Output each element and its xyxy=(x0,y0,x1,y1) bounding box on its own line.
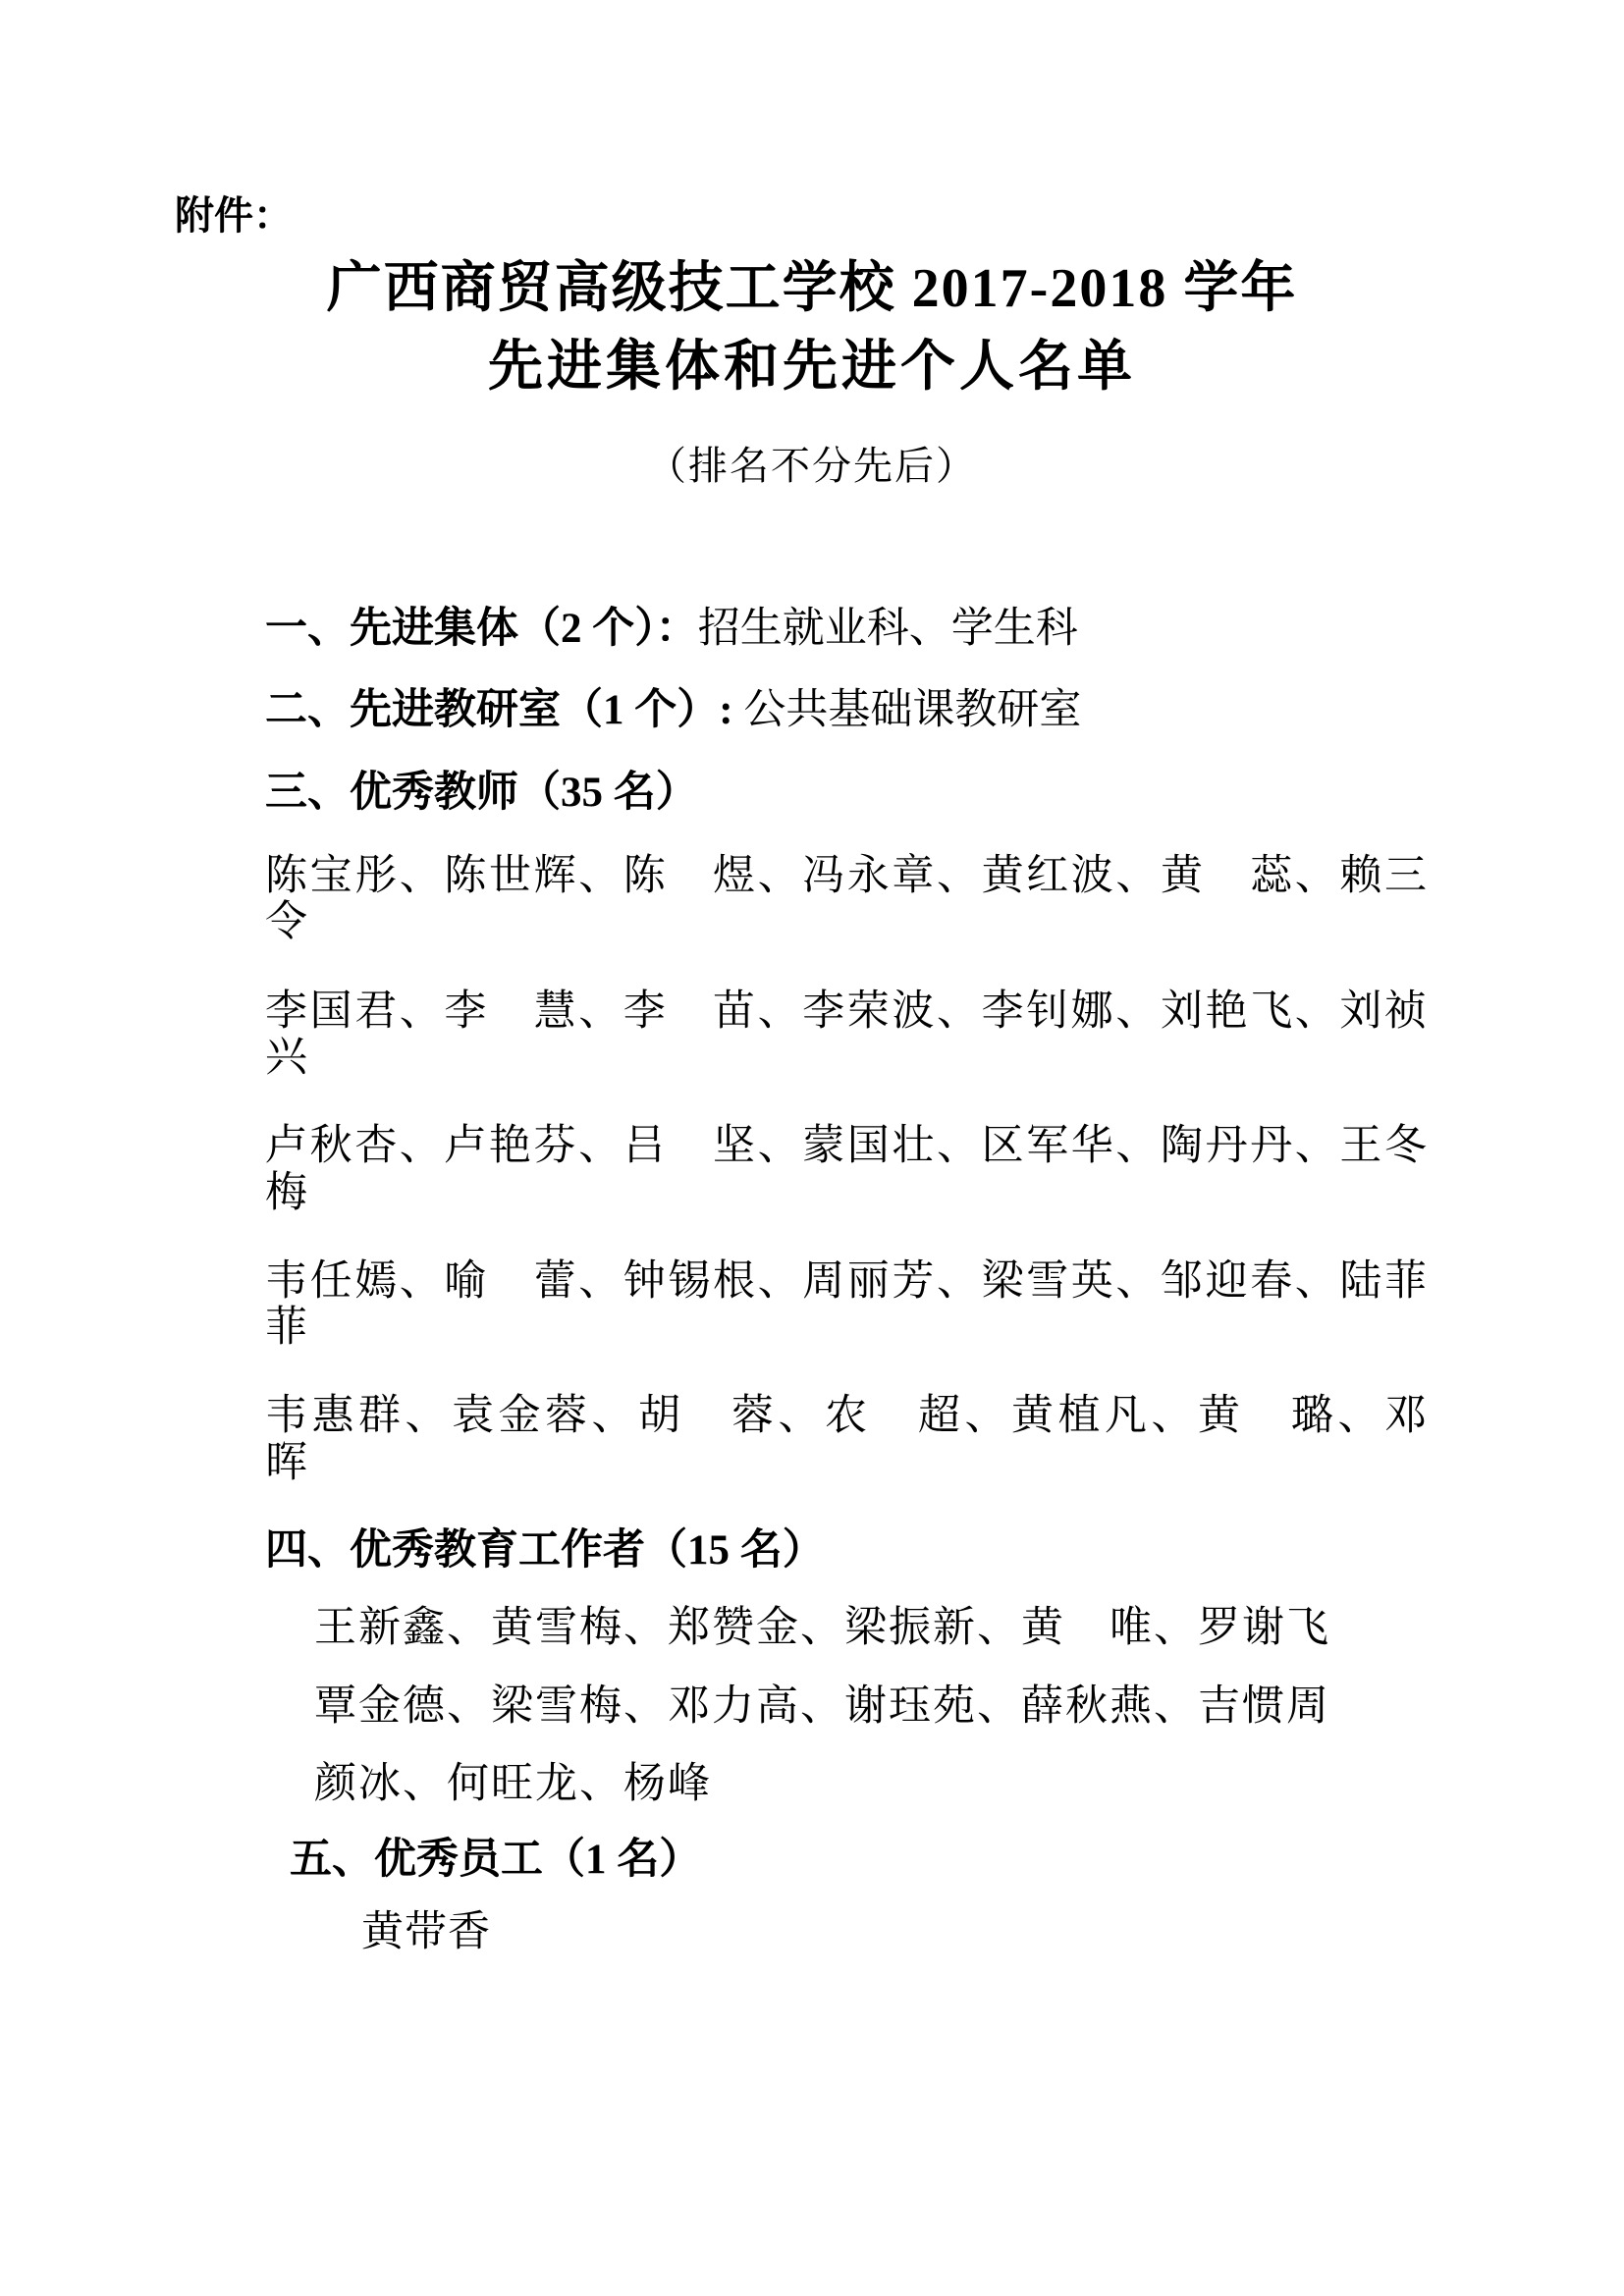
teacher-row-1: 陈宝彤、陈世辉、陈 煜、冯永章、黄红波、黄 蕊、赖三令 xyxy=(265,853,1428,946)
document-title-line1: 广西商贸高级技工学校 2017-2018 学年 xyxy=(0,259,1624,320)
educator-row-1: 王新鑫、黄雪梅、郑赞金、梁振新、黄 唯、罗谢飞 xyxy=(314,1605,1428,1651)
document-page: 附件： 广西商贸高级技工学校 2017-2018 学年 先进集体和先进个人名单 … xyxy=(0,0,1624,2296)
section-1-heading: 一、先进集体（2 个）： xyxy=(265,606,698,652)
teacher-row-5: 韦惠群、袁金蓉、胡 蓉、农 超、黄植凡、黄 璐、邓 晖 xyxy=(265,1393,1428,1486)
section-1-value: 招生就业科、学生科 xyxy=(698,606,1078,652)
staff-name: 黄带香 xyxy=(361,1909,1428,1955)
section-2-line: 二、先进教研室（1 个）: 公共基础课教研室 xyxy=(265,687,1428,733)
educator-row-2: 覃金德、梁雪梅、邓力高、谢珏苑、薛秋燕、吉惯周 xyxy=(314,1683,1428,1730)
section-5-heading: 五、优秀员工（1 名） xyxy=(290,1837,1428,1883)
section-2-heading: 二、先进教研室（1 个）: xyxy=(265,687,733,733)
document-title-line2: 先进集体和先进个人名单 xyxy=(0,338,1624,399)
teacher-row-4: 韦任嫣、喻 蕾、钟锡根、周丽芳、梁雪英、邹迎春、陆菲菲 xyxy=(265,1258,1428,1352)
section-4-heading: 四、优秀教育工作者（15 名） xyxy=(265,1527,1428,1574)
section-1-line: 一、先进集体（2 个）：招生就业科、学生科 xyxy=(265,606,1428,652)
attachment-label: 附件： xyxy=(175,0,1624,238)
document-body: 一、先进集体（2 个）：招生就业科、学生科 二、先进教研室（1 个）: 公共基础… xyxy=(265,606,1428,1955)
document-subtitle: （排名不分先后） xyxy=(0,445,1624,488)
educator-row-3: 颜冰、何旺龙、杨峰 xyxy=(314,1761,1428,1807)
teacher-row-2: 李国君、李 慧、李 苗、李荣波、李钊娜、刘艳飞、刘祯兴 xyxy=(265,988,1428,1082)
section-3-heading: 三、优秀教师（35 名） xyxy=(265,770,1428,816)
teacher-row-3: 卢秋杏、卢艳芬、吕 坚、蒙国壮、区军华、陶丹丹、王冬梅 xyxy=(265,1123,1428,1216)
section-2-value: 公共基础课教研室 xyxy=(743,687,1081,733)
